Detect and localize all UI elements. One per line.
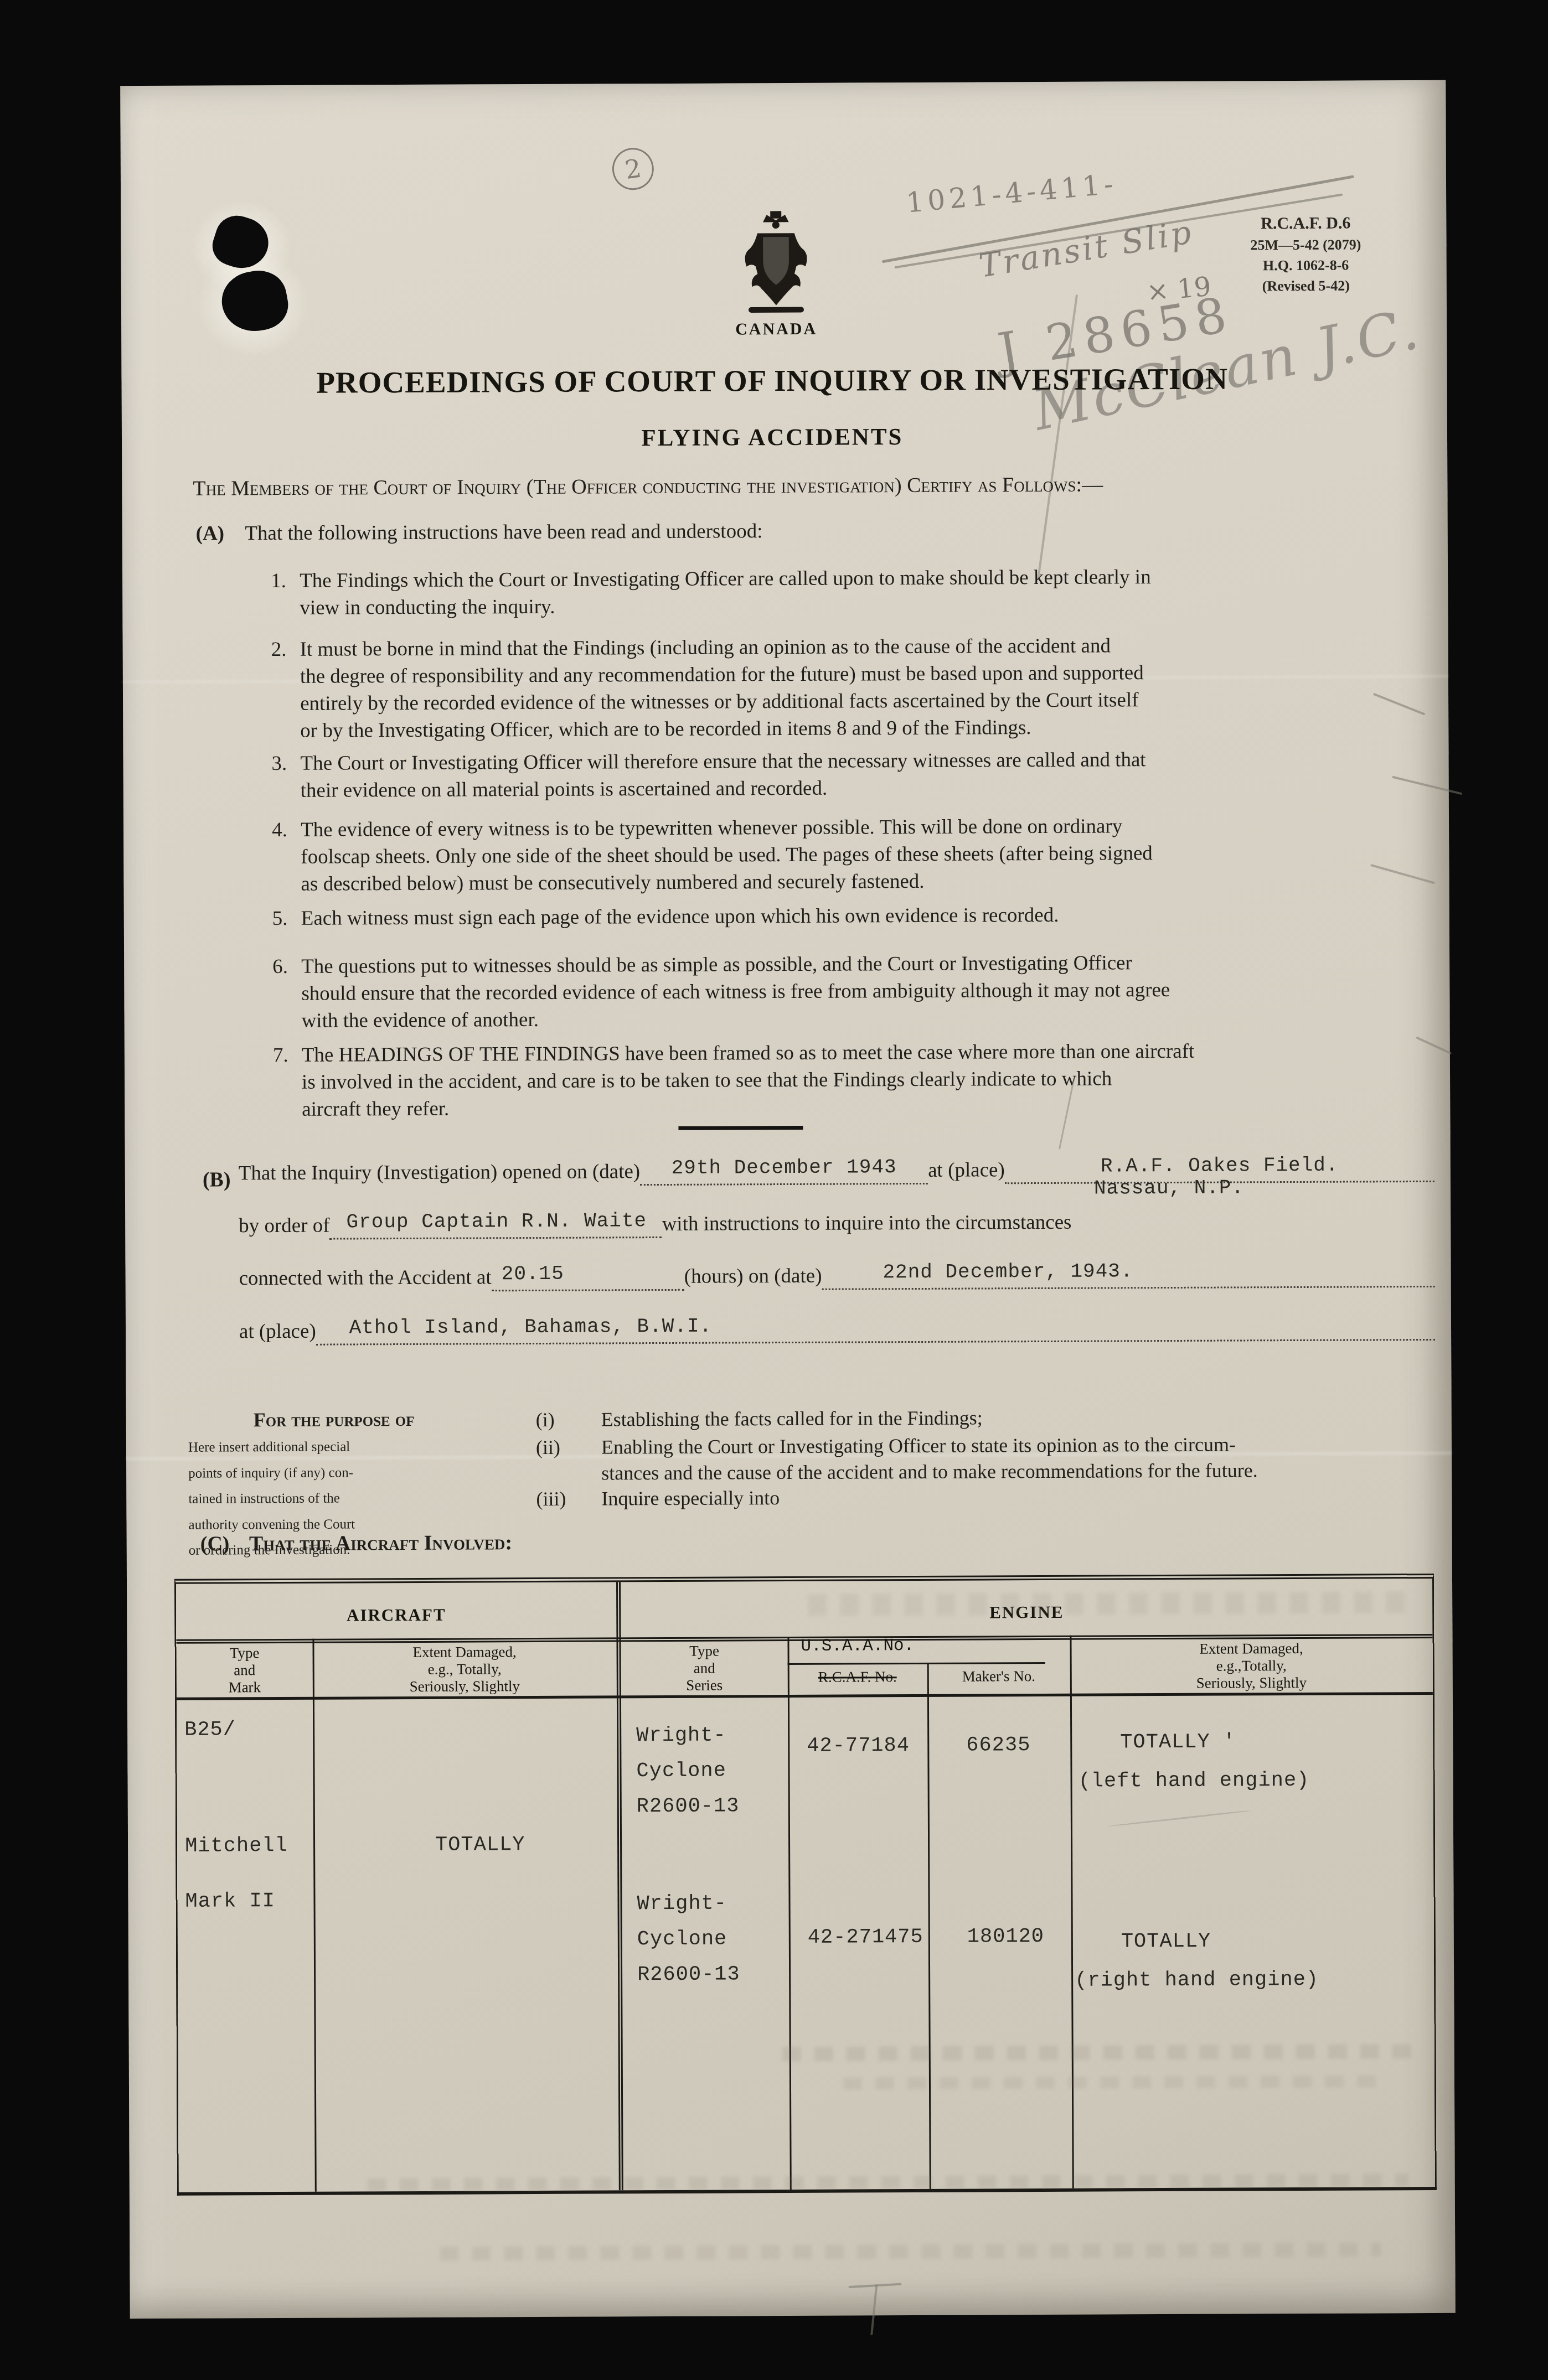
section-a-text: That the following instructions have bee… [229,520,762,545]
section-divider-rule [678,1126,803,1130]
purpose-text: Enabling the Court or Investigating Offi… [601,1431,1400,1486]
instruction-number: 6. [272,953,302,1034]
stamp-line: (Revised 5-42) [1215,275,1397,296]
instruction-text: The Court or Investigating Officer will … [300,745,1412,804]
section-b-label: (B) [203,1167,231,1192]
purpose-marker: (iii) [536,1486,601,1512]
aircraft-type-value: Mitchell [185,1828,288,1864]
instruction-text: The evidence of every witness is to be t… [301,811,1413,898]
table-group-header-aircraft: AIRCRAFT [176,1604,616,1626]
accident-place-field: Athol Island, Bahamas, B.W.I. [316,1312,1436,1346]
engine1-type-value: Wright- Cyclone R2600-13 [636,1717,739,1824]
purpose-item: (ii) Enabling the Court or Investigating… [536,1431,1400,1487]
purpose-item: (iii) Inquire especially into [536,1482,1400,1512]
field-label: at (place) [928,1158,1005,1184]
purpose-text: Establishing the facts called for in the… [601,1403,1400,1432]
col-header-usaa-no: U.S.A.A.No. [801,1637,1022,1655]
engine1-extent-detail: (left hand engine) [1078,1763,1309,1799]
bleed-through-ghost [843,2075,1386,2089]
col-header-rcaf-no: R.C.A.F. No. [788,1668,927,1686]
field-label: with instructions to inquire into the ci… [662,1210,1071,1238]
pencil-mark [870,2284,878,2335]
field-label: (hours) on (date) [684,1264,822,1291]
instruction-item: 4. The evidence of every witness is to b… [272,811,1413,898]
table-rule [312,1639,316,2192]
engine2-type-value: Wright- Cyclone R2600-13 [637,1886,740,1993]
stamp-line: R.C.A.F. D.6 [1214,212,1397,235]
stamp-line: H.Q. 1062-8-6 [1215,255,1397,276]
table-rule [927,1663,931,2189]
instruction-number: 1. [271,567,300,622]
instruction-text: The questions put to witnesses should be… [301,948,1413,1034]
purpose-text: Inquire especially into [601,1482,1400,1512]
instruction-text: The HEADINGS OF THE FINDINGS have been f… [302,1037,1414,1123]
instruction-number: 7. [273,1042,302,1123]
field-label: by order of [239,1214,330,1240]
stamp-line: 25M—5-42 (2079) [1214,234,1397,255]
col-header-type-series: Type and Series [621,1642,787,1694]
instruction-item: 3. The Court or Investigating Officer wi… [271,745,1412,804]
instruction-number: 4. [272,816,301,898]
instruction-item: 6. The questions put to witnesses should… [272,948,1413,1034]
section-c-heading: (C) That the Aircraft Involved: [200,1530,513,1556]
aircraft-type-value: Mark II [185,1884,275,1919]
usaa-underline-rule [788,1662,1045,1665]
instruction-item: 7. The HEADINGS OF THE FINDINGS have bee… [273,1037,1414,1123]
engine2-usaa-value: 42-271475 [808,1919,923,1955]
instruction-number: 3. [271,750,300,804]
field-label: connected with the Accident at [239,1265,492,1292]
pencil-stroke [1107,1810,1251,1827]
inserted-place-annotation: Nassau, N.P. [1094,1176,1244,1199]
engine2-extent-value: TOTALLY [1121,1924,1211,1960]
col-header-type-mark: Type and Mark [177,1644,313,1696]
purpose-marker: (ii) [536,1434,601,1487]
purpose-item: (i) Establishing the facts called for in… [536,1403,1400,1433]
engine1-usaa-value: 42-77184 [807,1728,910,1764]
bleed-through-ghost [808,1591,1417,1616]
paper-sheet: CANADA R.C.A.F. D.6 25M—5-42 (2079) H.Q.… [120,80,1456,2319]
accident-hours-field: 20.15 [492,1263,684,1292]
certify-statement: The Members of the Court of Inquiry (The… [193,471,1427,501]
engine2-maker-value: 180120 [967,1919,1045,1955]
instruction-number: 2. [271,636,301,744]
field-label: at (place) [239,1320,316,1346]
field-label: That the Inquiry (Investigation) opened … [239,1160,641,1187]
document-title: PROCEEDINGS OF COURT OF INQUIRY OR INVES… [109,360,1435,401]
col-header-makers-no: Maker's No. [927,1668,1070,1685]
table-rule [1070,1636,1074,2188]
bleed-through-ghost [782,2044,1419,2061]
handwritten-file-reference: 1021-4-411- [905,168,1118,219]
section-a-heading: (A) That the following instructions have… [196,519,763,545]
table-rule [787,1637,791,2190]
pencil-margin-mark [1416,1036,1452,1054]
engine1-extent-value: TOTALLY ' [1120,1724,1236,1760]
col-header-extent-aircraft: Extent Damaged, e.g., Totally, Seriously… [312,1643,616,1695]
instruction-text: The Findings which the Court or Investig… [300,562,1411,622]
date-opened-field: 29th December 1943 [640,1156,928,1186]
handwritten-page-number: 2 [610,145,657,193]
engine2-extent-detail: (right hand engine) [1075,1962,1319,1999]
purpose-marker: (i) [536,1406,601,1433]
aircraft-extent-value: TOTALLY [435,1827,525,1863]
instruction-text: Each witness must sign each page of the … [301,900,1413,932]
bleed-through-ghost [440,2242,1381,2260]
ordering-officer-field: Group Captain R.N. Waite [329,1210,662,1240]
form-reference-stamp: R.C.A.F. D.6 25M—5-42 (2079) H.Q. 1062-8… [1214,212,1397,296]
document-subtitle: FLYING ACCIDENTS [110,421,1435,454]
purpose-heading: For the purpose of [254,1408,415,1431]
order-row: by order of Group Captain R.N. Waite wit… [239,1207,1435,1240]
crest-caption: CANADA [718,320,834,339]
scanned-document-page: CANADA R.C.A.F. D.6 25M—5-42 (2079) H.Q.… [0,0,1548,2380]
accident-time-row: connected with the Accident at 20.15 (ho… [239,1259,1435,1292]
col-header-extent-engine: Extent Damaged, e.g.,Totally, Seriously,… [1070,1639,1432,1693]
instruction-number: 5. [272,905,301,932]
instruction-text: It must be borne in mind that the Findin… [300,631,1412,744]
section-c-label: (C) [200,1532,230,1555]
accident-place-row: at (place) Athol Island, Bahamas, B.W.I. [239,1312,1435,1346]
instruction-item: 5. Each witness must sign each page of t… [272,900,1413,932]
accident-date-field: 22nd December, 1943. [822,1259,1435,1290]
instruction-item: 1. The Findings which the Court or Inves… [271,562,1411,622]
inquiry-opened-row: That the Inquiry (Investigation) opened … [239,1154,1435,1187]
canada-coat-of-arms [729,209,823,320]
aircraft-type-value: B25/ [184,1712,236,1747]
engine1-maker-value: 66235 [966,1727,1030,1763]
instruction-item: 2. It must be borne in mind that the Fin… [271,631,1412,744]
section-a-label: (A) [196,522,225,545]
section-c-text: That the Aircraft Involved: [235,1531,512,1555]
aircraft-engine-table: AIRCRAFT ENGINE Type and Mark Extent Dam… [174,1574,1437,2196]
